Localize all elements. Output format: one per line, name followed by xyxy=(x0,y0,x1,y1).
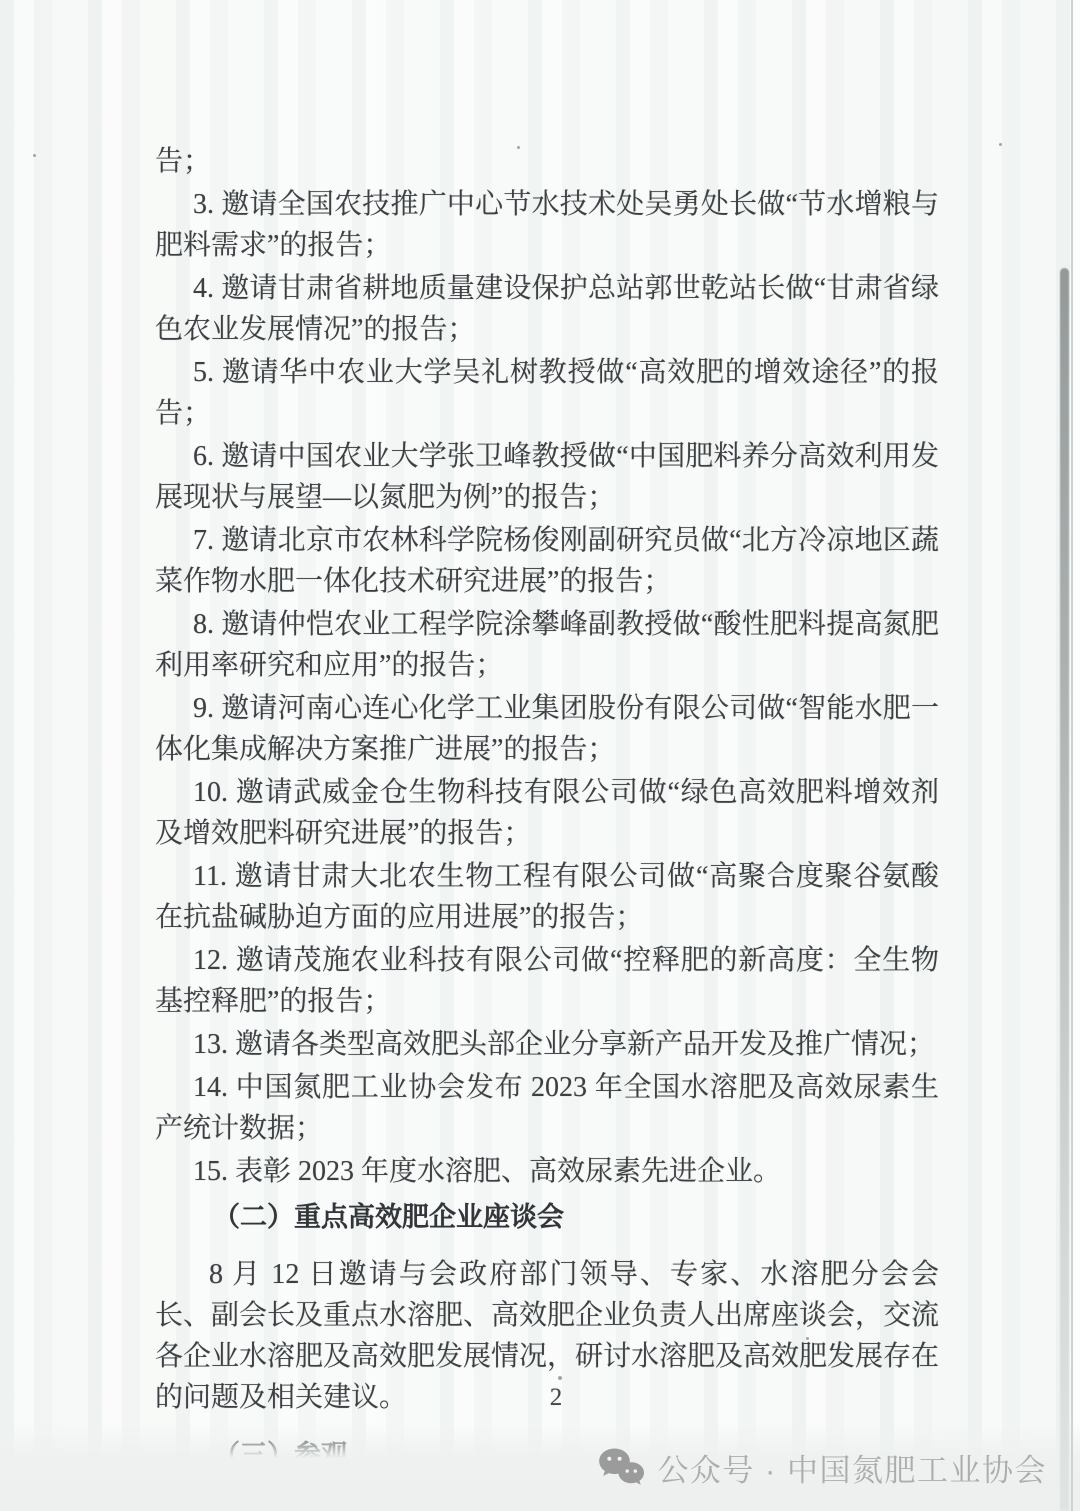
wechat-icon xyxy=(598,1447,644,1487)
continuation-line: 告； xyxy=(155,141,939,182)
scanned-document-page: 告； 3. 邀请全国农技推广中心节水技术处吴勇处长做“节水增粮与肥料需求”的报告… xyxy=(0,0,1080,1511)
agenda-item-5: 5. 邀请华中农业大学吴礼树教授做“高效肥的增效途径”的报告； xyxy=(155,352,939,434)
agenda-item-8: 8. 邀请仲恺农业工程学院涂攀峰副教授做“酸性肥料提高氮肥利用率研究和应用”的报… xyxy=(155,604,939,686)
agenda-item-6: 6. 邀请中国农业大学张卫峰教授做“中国肥料养分高效利用发展现状与展望—以氮肥为… xyxy=(155,436,939,518)
agenda-item-12: 12. 邀请茂施农业科技有限公司做“控释肥的新高度：全生物基控释肥”的报告； xyxy=(155,940,939,1022)
page-number: 2 xyxy=(0,1384,1080,1412)
page-edge-line xyxy=(1071,0,1073,1511)
watermark-text: 公众号 · 中国氮肥工业协会 xyxy=(657,1445,1047,1490)
scan-speck xyxy=(999,143,1002,146)
agenda-item-15: 15. 表彰 2023 年度水溶肥、高效尿素先进企业。 xyxy=(155,1151,939,1192)
section-heading-symposium: （二）重点高效肥企业座谈会 xyxy=(155,1196,939,1238)
agenda-item-9: 9. 邀请河南心连心化学工业集团股份有限公司做“智能水肥一体化集成解决方案推广进… xyxy=(155,688,939,770)
agenda-item-14: 14. 中国氮肥工业协会发布 2023 年全国水溶肥及高效尿素生产统计数据； xyxy=(155,1067,939,1149)
agenda-item-11: 11. 邀请甘肃大北农生物工程有限公司做“高聚合度聚谷氨酸在抗盐碱胁迫方面的应用… xyxy=(155,856,939,938)
agenda-item-3: 3. 邀请全国农技推广中心节水技术处吴勇处长做“节水增粮与肥料需求”的报告； xyxy=(155,184,939,266)
document-body: 告； 3. 邀请全国农技推广中心节水技术处吴勇处长做“节水增粮与肥料需求”的报告… xyxy=(155,141,939,1476)
watermark-bar: 公众号 · 中国氮肥工业协会 xyxy=(0,1423,1080,1511)
agenda-item-4: 4. 邀请甘肃省耕地质量建设保护总站郭世乾站长做“甘肃省绿色农业发展情况”的报告… xyxy=(155,268,939,350)
agenda-item-13: 13. 邀请各类型高效肥头部企业分享新产品开发及推广情况； xyxy=(155,1024,939,1065)
page-right-edge xyxy=(1074,0,1080,1511)
agenda-item-7: 7. 邀请北京市农林科学院杨俊刚副研究员做“北方冷凉地区蔬菜作物水肥一体化技术研… xyxy=(155,520,939,602)
agenda-item-10: 10. 邀请武威金仓生物科技有限公司做“绿色高效肥料增效剂及增效肥料研究进展”的… xyxy=(155,772,939,854)
page-fold-shadow xyxy=(1060,268,1069,1511)
scan-speck xyxy=(33,154,36,157)
